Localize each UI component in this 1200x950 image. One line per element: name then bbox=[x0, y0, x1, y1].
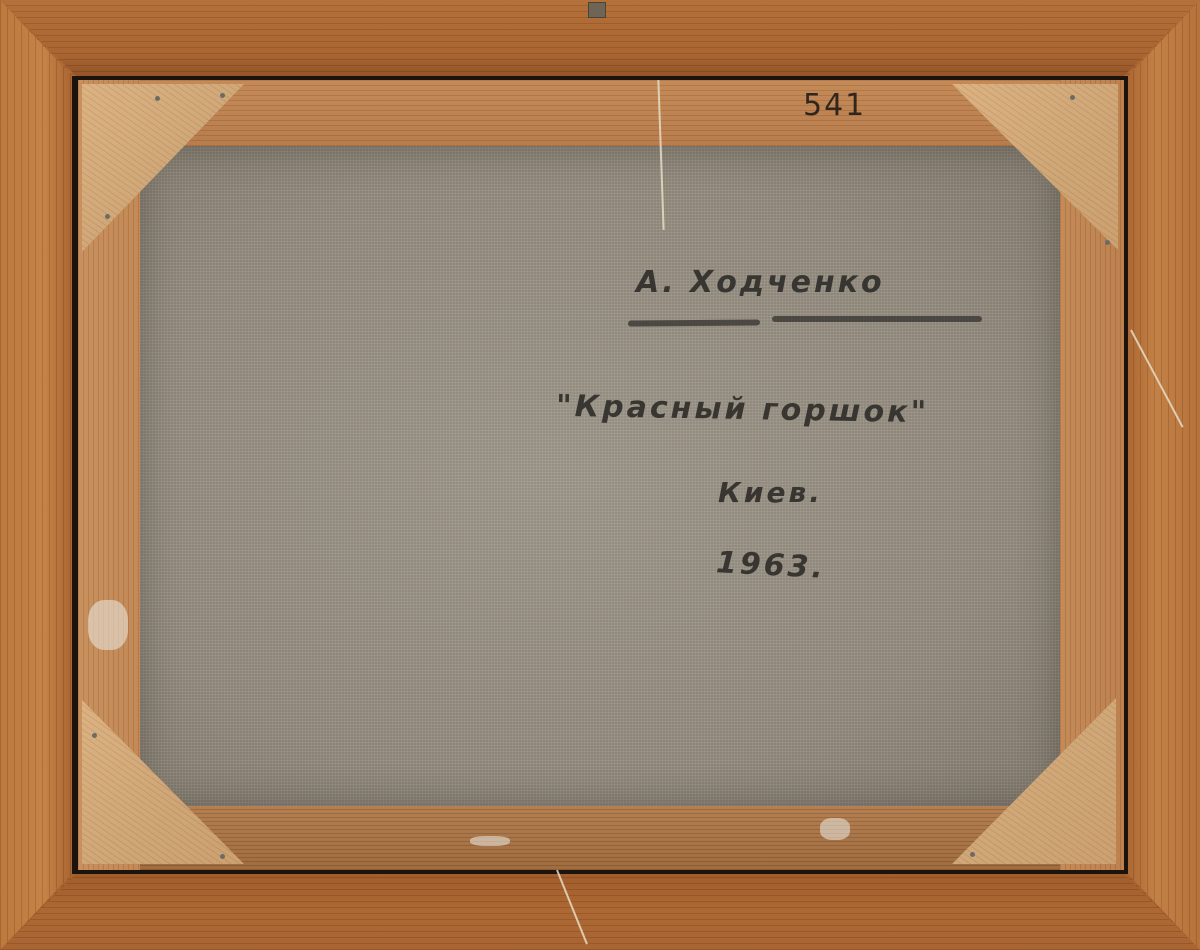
signature-underline bbox=[772, 316, 982, 322]
canvas-back bbox=[140, 146, 1060, 806]
nail bbox=[92, 733, 97, 738]
inventory-number: 541 bbox=[803, 88, 866, 123]
painting-title: "Красный горшок" bbox=[556, 389, 930, 431]
artist-signature: А. Ходченко bbox=[636, 265, 885, 300]
nail bbox=[155, 96, 160, 101]
picture-frame: 541 А. Ходченко "Красный горшок" Киев. 1… bbox=[0, 0, 1200, 950]
frame-left-rail bbox=[0, 0, 74, 950]
nail bbox=[220, 854, 225, 859]
paint-smudge bbox=[470, 836, 510, 846]
painting-city: Киев. bbox=[718, 476, 823, 509]
paint-smudge bbox=[88, 600, 128, 650]
paint-smudge bbox=[820, 818, 850, 840]
nail bbox=[220, 93, 225, 98]
hanger-bracket bbox=[588, 2, 606, 18]
frame-bottom-rail bbox=[0, 872, 1200, 950]
nail bbox=[1105, 240, 1110, 245]
nail bbox=[105, 214, 110, 219]
nail bbox=[970, 852, 975, 857]
signature-underline bbox=[628, 319, 760, 326]
painting-year: 1963. bbox=[715, 545, 827, 586]
frame-right-rail bbox=[1126, 0, 1200, 950]
nail bbox=[1070, 95, 1075, 100]
